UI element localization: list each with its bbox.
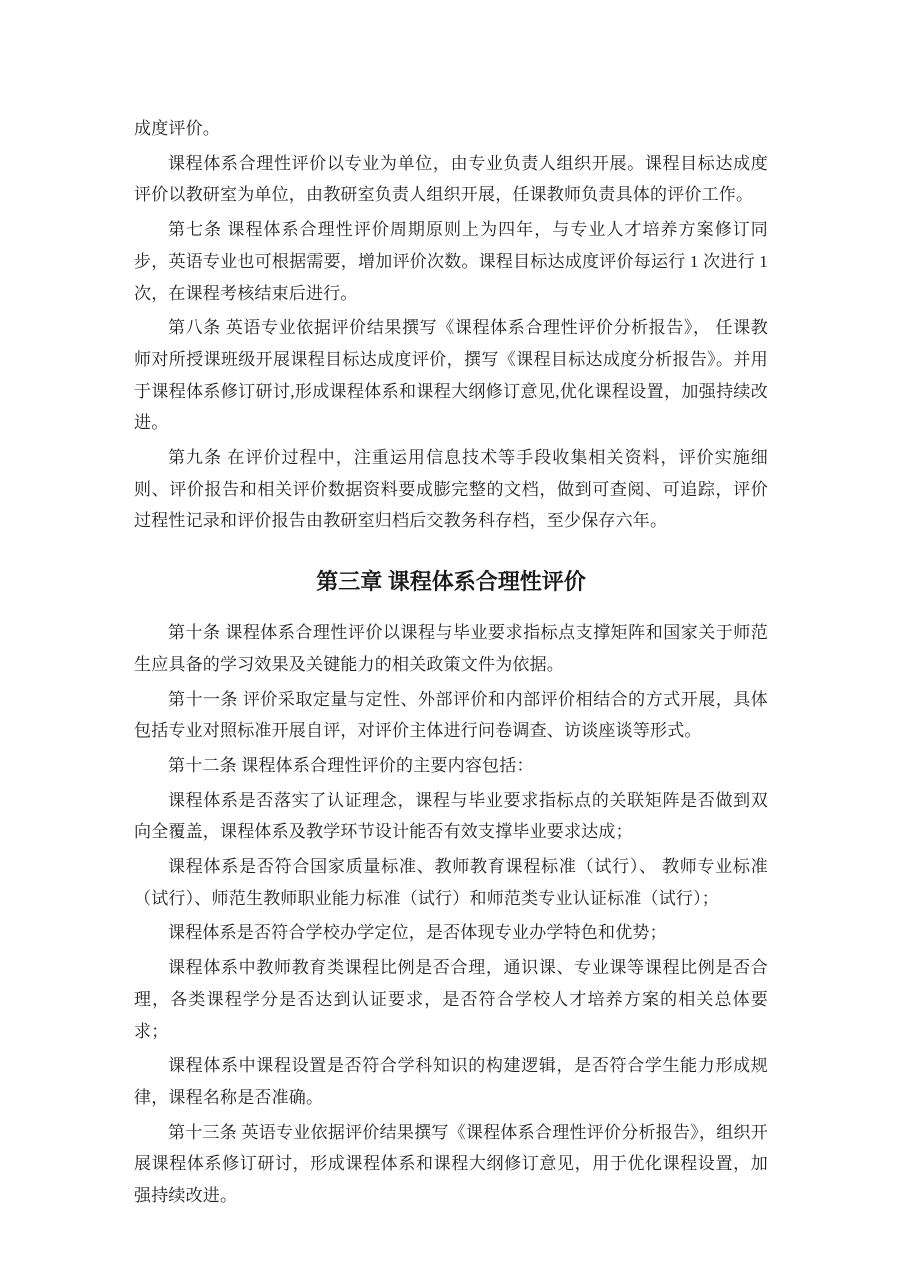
chapter-3-heading: 第三章 课程体系合理性评价 — [134, 562, 768, 602]
paragraph-article-12-item-school-positioning: 课程体系是否符合学校办学定位，是否体现专业办学特色和优势； — [134, 917, 768, 949]
paragraph-article-11: 第十一条 评价采取定量与定性、外部评价和内部评价相结合的方式开展，具体包括专业对… — [134, 684, 768, 747]
paragraph-article-7: 第七条 课程体系合理性评价周期原则上为四年，与专业人才培养方案修订同步，英语专业… — [134, 214, 768, 309]
document-page: 成度评价。 课程体系合理性评价以专业为单位，由专业负责人组织开展。课程目标达成度… — [0, 0, 899, 1272]
paragraph-article-10: 第十条 课程体系合理性评价以课程与毕业要求指标点支撑矩阵和国家关于师范生应具备的… — [134, 617, 768, 680]
paragraph-article-13: 第十三条 英语专业依据评价结果撰写《课程体系合理性评价分析报告》，组织开展课程体… — [134, 1117, 768, 1212]
paragraph-article-9: 第九条 在评价过程中，注重运用信息技术等手段收集相关资料，评价实施细则、评价报告… — [134, 442, 768, 537]
paragraph-evaluation-organization: 课程体系合理性评价以专业为单位，由专业负责人组织开展。课程目标达成度评价以教研室… — [134, 148, 768, 211]
paragraph-article-12-item-course-proportion: 课程体系中教师教育类课程比例是否合理，通识课、专业课等课程比例是否合理，各类课程… — [134, 952, 768, 1047]
paragraph-achievement-evaluation-continuation: 成度评价。 — [134, 113, 768, 145]
paragraph-article-12-item-certification-concept: 课程体系是否落实了认证理念，课程与毕业要求指标点的关联矩阵是否做到双向全覆盖，课… — [134, 785, 768, 848]
paragraph-article-12-item-course-logic: 课程体系中课程设置是否符合学科知识的构建逻辑，是否符合学生能力形成规律，课程名称… — [134, 1050, 768, 1113]
paragraph-article-12-item-national-standards: 课程体系是否符合国家质量标准、教师教育课程标准（试行）、 教师专业标准（试行）、… — [134, 851, 768, 914]
paragraph-article-12: 第十二条 课程体系合理性评价的主要内容包括： — [134, 750, 768, 782]
paragraph-article-8: 第八条 英语专业依据评价结果撰写《课程体系合理性评价分析报告》， 任课教师对所授… — [134, 312, 768, 439]
